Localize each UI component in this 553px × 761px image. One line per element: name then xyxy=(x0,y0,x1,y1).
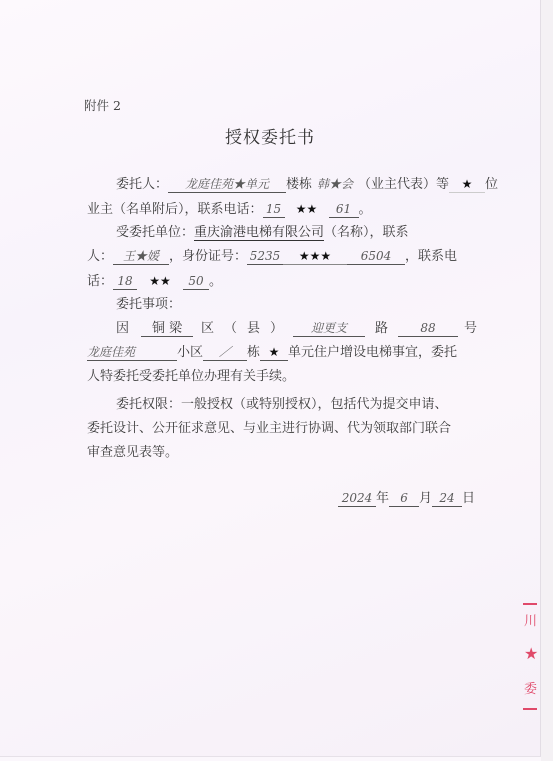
id-suffix: 6504 xyxy=(347,249,405,265)
document-title: 授权委托书 xyxy=(0,123,540,148)
attachment-label: 附件 2 xyxy=(84,96,121,114)
scan-edge xyxy=(541,0,553,761)
road-field: 迎更支 xyxy=(293,321,365,337)
seal-char: 川 xyxy=(524,610,537,629)
representative-label: （业主代表）等 xyxy=(358,177,449,192)
id-mask: ★★★ xyxy=(283,249,347,265)
seal-edge xyxy=(523,603,537,605)
agent-line-2: 人：王★媛，身份证号：5235★★★6504，联系电 xyxy=(87,248,457,266)
year-label: 年 xyxy=(376,491,389,506)
id-label: ，身份证号： xyxy=(169,249,247,264)
community-label: 小区 xyxy=(177,345,203,360)
principal-phone-suffix: 61 xyxy=(329,202,359,218)
matters-heading: 委托事项： xyxy=(116,296,181,314)
matters-line-1: 因铜 梁区（县）迎更支路88号 xyxy=(116,320,477,338)
building-label: 楼栋 xyxy=(286,177,312,192)
matters-line-2: 龙庭佳苑小区／栋★单元住户增设电梯事宜，委托 xyxy=(87,344,457,362)
agent-phone-label-b: 话： xyxy=(87,274,113,289)
house-number-field: 88 xyxy=(398,321,458,337)
agent-line-3: 话：18★★50。 xyxy=(87,272,222,291)
house-number-label: 号 xyxy=(464,321,477,336)
id-prefix: 5235 xyxy=(247,249,283,265)
agent-line-1: 受委托单位：重庆渝港电梯有限公司（名称），联系 xyxy=(116,224,409,242)
period: 。 xyxy=(209,274,222,289)
principal-phone-mask: ★★ xyxy=(285,200,329,218)
principal-label: 委托人： xyxy=(116,177,168,192)
day-label: 日 xyxy=(462,491,475,506)
period: 。 xyxy=(359,202,372,217)
month-label: 月 xyxy=(419,491,432,506)
building-field: ／ xyxy=(203,345,247,361)
signature-date: 2024年6月24日 xyxy=(338,490,475,508)
scope-line-3: 审查意见表等。 xyxy=(87,444,178,462)
unit-label: 单元住户增设电梯事宜，委托 xyxy=(288,345,457,360)
scope-line-1: 委托权限：一般授权（或特别授权），包括代为提交申请、 xyxy=(116,396,448,414)
district-label: 区（县） xyxy=(201,321,293,336)
community-field: 龙庭佳苑 xyxy=(87,345,177,361)
agent-phone-suffix: 50 xyxy=(183,274,209,290)
month-field: 6 xyxy=(389,491,419,507)
agent-label: 受委托单位： xyxy=(116,225,194,240)
seal-star-icon: ★ xyxy=(524,644,538,663)
matters-line-3: 人特委托受委托单位办理有关手续。 xyxy=(87,368,295,386)
agent-phone-mask: ★★ xyxy=(137,272,183,290)
principal-line-2: 业主（名单附后），联系电话：15★★61。 xyxy=(87,200,372,219)
building-unit-label: 栋 xyxy=(247,345,260,360)
agent-phone-label-a: ，联系电 xyxy=(405,249,457,264)
owner-count-label: 位 xyxy=(485,177,498,192)
road-label: 路 xyxy=(375,321,388,336)
contact-field: 王★媛 xyxy=(113,249,169,265)
agent-name-hint: （名称），联系 xyxy=(324,225,409,240)
company-seal-fragment: 川 ★ 委 xyxy=(521,600,541,715)
year-field: 2024 xyxy=(338,491,376,507)
agent-company: 重庆渝港电梯有限公司 xyxy=(194,225,324,241)
district-field: 铜 梁 xyxy=(141,321,193,337)
owners-phone-label: 业主（名单附后），联系电话： xyxy=(87,202,263,217)
seal-char: 委 xyxy=(524,678,537,697)
day-field: 24 xyxy=(432,491,462,507)
scope-line-2: 委托设计、公开征求意见、与业主进行协调、代为领取部门联合 xyxy=(87,420,451,438)
principal-phone-prefix: 15 xyxy=(263,202,285,218)
contact-label: 人： xyxy=(87,249,113,264)
representative-field: 韩★会 xyxy=(312,177,358,193)
seal-edge xyxy=(523,708,537,710)
agent-phone-prefix: 18 xyxy=(113,274,137,290)
because-label: 因 xyxy=(116,321,129,336)
unit-field: ★ xyxy=(260,345,288,361)
principal-field: 龙庭佳苑★单元 xyxy=(168,177,286,193)
owner-count-field: ★ xyxy=(449,177,485,193)
principal-line-1: 委托人：龙庭佳苑★单元楼栋韩★会（业主代表）等★位 xyxy=(116,176,498,194)
